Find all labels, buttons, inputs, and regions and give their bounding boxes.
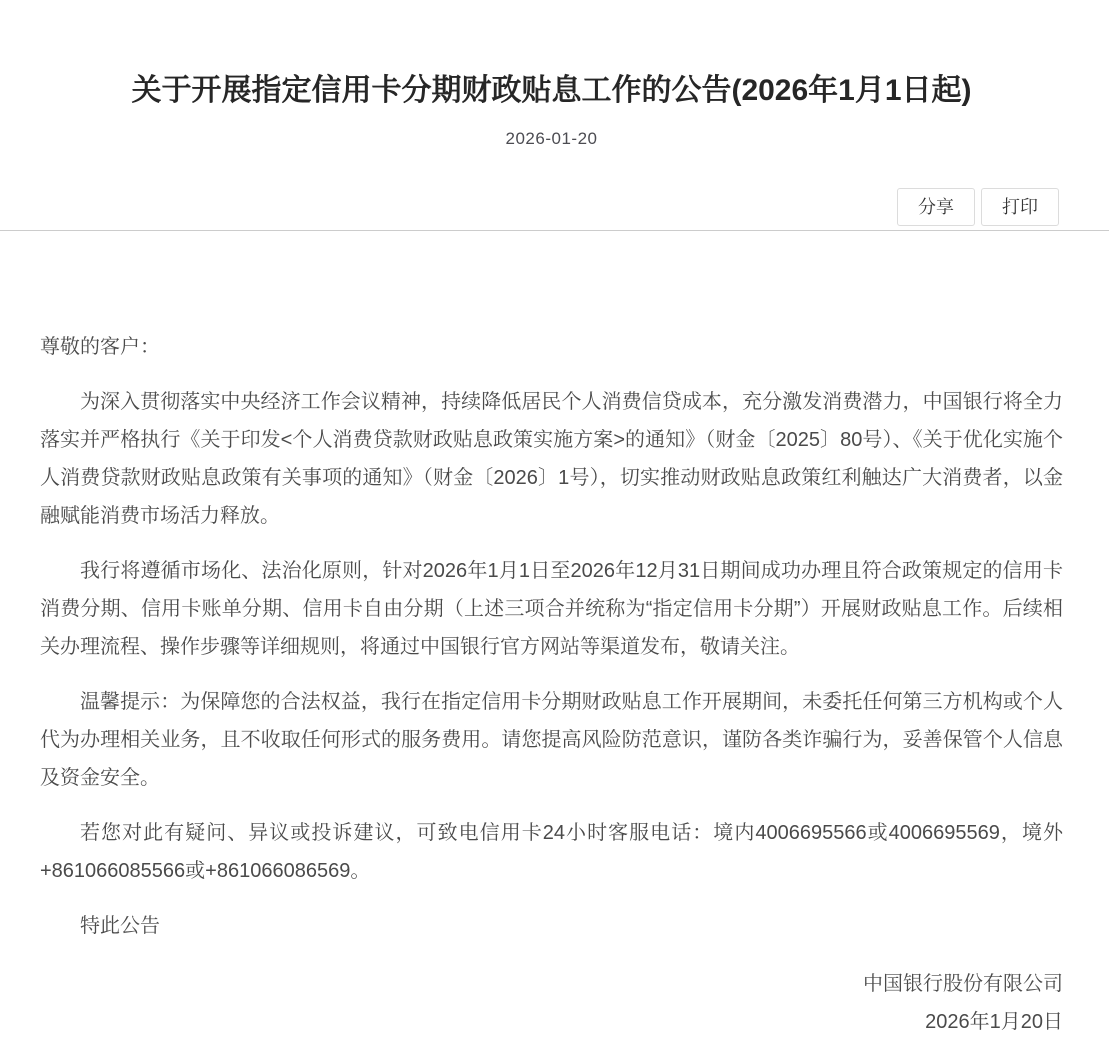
signature-block: 中国银行股份有限公司 2026年1月20日 (40, 965, 1063, 1041)
announcement-page: 关于开展指定信用卡分期财政贴息工作的公告(2026年1月1日起) 2026-01… (0, 0, 1109, 1058)
signature-date: 2026年1月20日 (40, 1003, 1063, 1041)
closing-note: 特此公告 (40, 907, 1063, 945)
paragraph-program-scope: 我行将遵循市场化、法治化原则，针对2026年1月1日至2026年12月31日期间… (40, 552, 1063, 666)
article-header: 关于开展指定信用卡分期财政贴息工作的公告(2026年1月1日起) 2026-01… (0, 0, 1109, 226)
share-button[interactable]: 分享 (897, 188, 975, 226)
article-body: 尊敬的客户： 为深入贯彻落实中央经济工作会议精神，持续降低居民个人消费信贷成本，… (0, 231, 1109, 1041)
page-title: 关于开展指定信用卡分期财政贴息工作的公告(2026年1月1日起) (40, 70, 1063, 112)
greeting-line: 尊敬的客户： (40, 328, 1063, 366)
publish-date: 2026-01-20 (40, 128, 1063, 150)
paragraph-contact-phones: 若您对此有疑问、异议或投诉建议，可致电信用卡24小时客服电话：境内4006695… (40, 814, 1063, 890)
print-button[interactable]: 打印 (981, 188, 1059, 226)
paragraph-policy-background: 为深入贯彻落实中央经济工作会议精神，持续降低居民个人消费信贷成本，充分激发消费潜… (40, 383, 1063, 535)
toolbar: 分享 打印 (40, 188, 1063, 226)
signature-company: 中国银行股份有限公司 (40, 965, 1063, 1003)
paragraph-warm-reminder: 温馨提示：为保障您的合法权益，我行在指定信用卡分期财政贴息工作开展期间，未委托任… (40, 683, 1063, 797)
